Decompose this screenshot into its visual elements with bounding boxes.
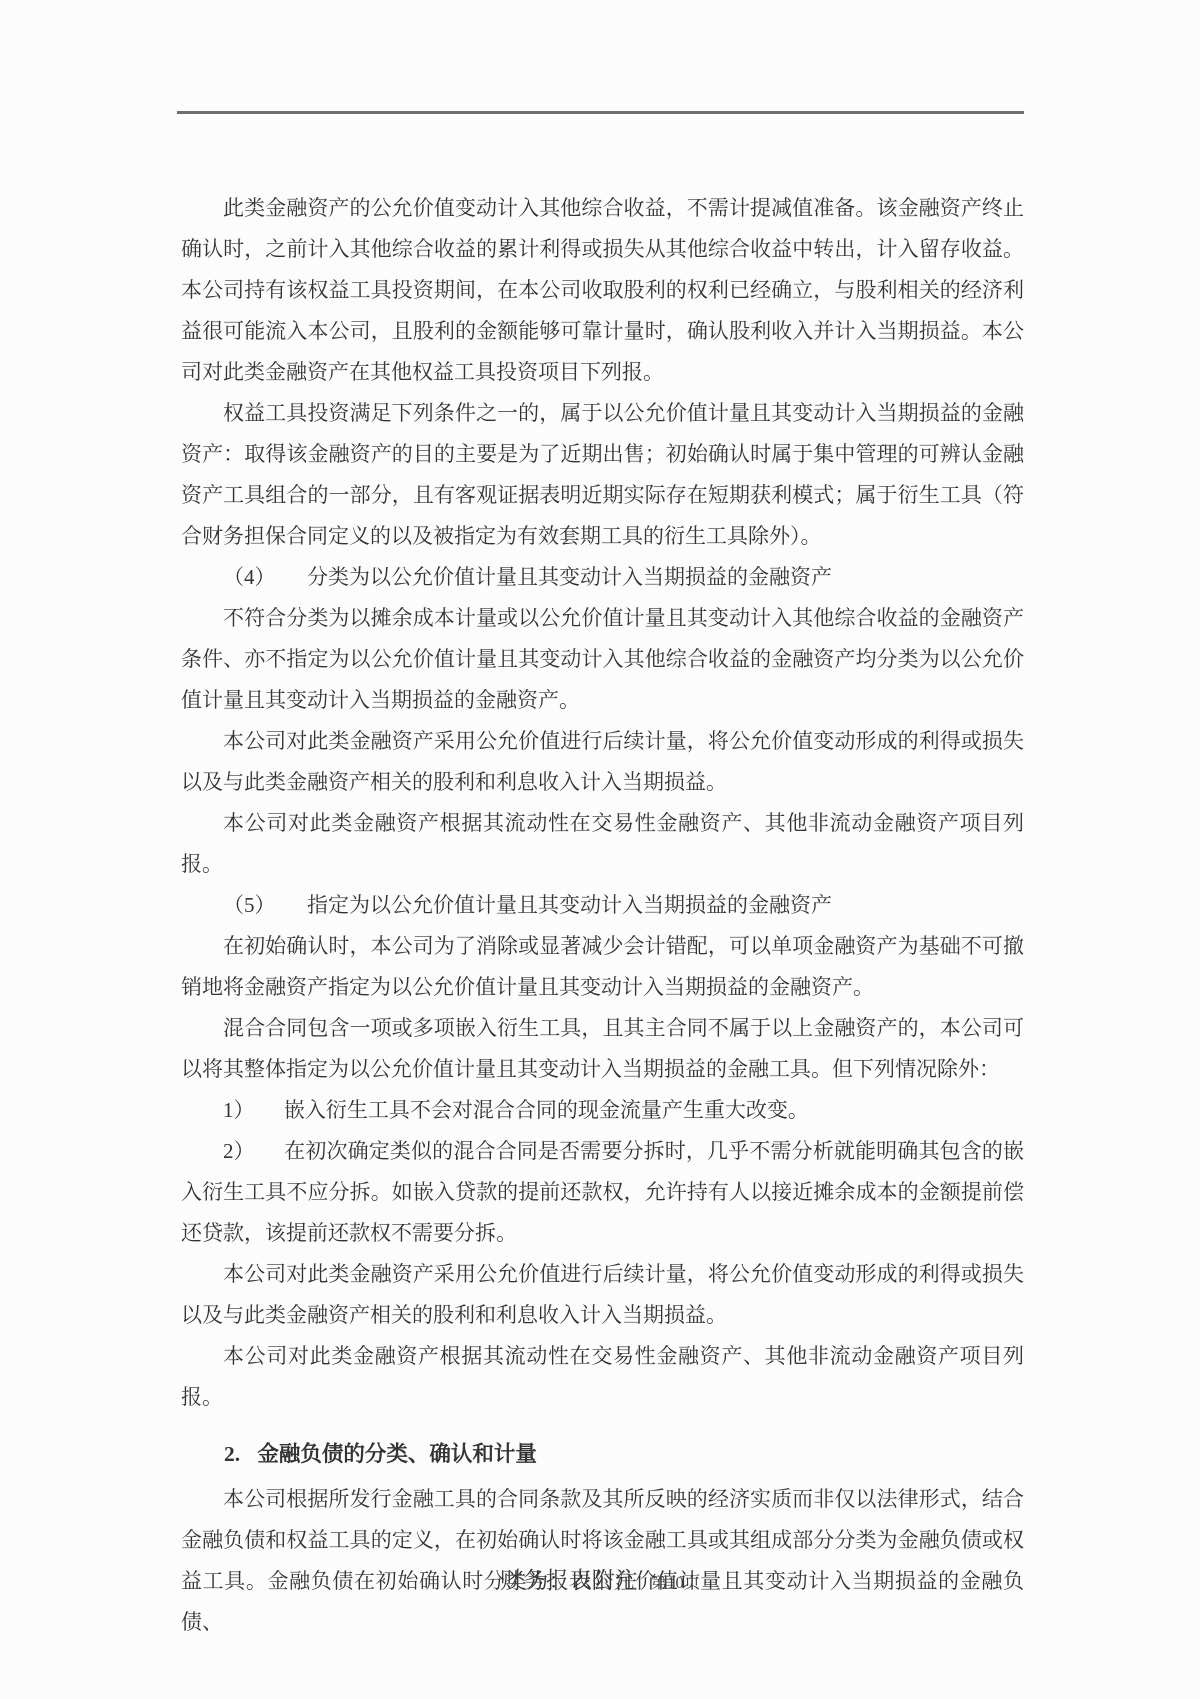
list-item: 1）嵌入衍生工具不会对混合合同的现金流量产生重大改变。	[181, 1090, 1024, 1131]
document-body: 此类金融资产的公允价值变动计入其他综合收益，不需计提减值准备。该金融资产终止确认…	[181, 188, 1024, 1643]
paragraph: 本公司对此类金融资产采用公允价值进行后续计量，将公允价值变动形成的利得或损失以及…	[181, 721, 1024, 803]
heading-number: （5）	[223, 893, 276, 917]
list-item-text: 在初次确定类似的混合合同是否需要分拆时，几乎不需分析就能明确其包含的嵌入衍生工具…	[181, 1139, 1024, 1245]
list-item: 2）在初次确定类似的混合合同是否需要分拆时，几乎不需分析就能明确其包含的嵌入衍生…	[181, 1131, 1024, 1254]
footer-title: 财务报表附注	[500, 1568, 638, 1593]
heading-number: （4）	[223, 565, 276, 589]
paragraph: 混合合同包含一项或多项嵌入衍生工具，且其主合同不属于以上金融资产的，本公司可以将…	[181, 1008, 1024, 1090]
paragraph: 本公司根据所发行金融工具的合同条款及其所反映的经济实质而非仅以法律形式，结合金融…	[181, 1479, 1024, 1643]
header-rule-divider	[177, 111, 1024, 114]
paragraph: 权益工具投资满足下列条件之一的，属于以公允价值计量且其变动计入当期损益的金融资产…	[181, 393, 1024, 557]
section-heading: 2.金融负债的分类、确认和计量	[181, 1434, 1024, 1475]
list-item-number: 1）	[223, 1098, 255, 1122]
paragraph: 在初始确认时，本公司为了消除或显著减少会计错配，可以单项金融资产为基础不可撤销地…	[181, 926, 1024, 1008]
section-heading-text: 金融负债的分类、确认和计量	[257, 1442, 537, 1466]
page-footer: 财务报表附注第10页	[0, 1562, 1200, 1595]
list-item-number: 2）	[223, 1139, 255, 1163]
section-number: 2.	[224, 1442, 240, 1466]
heading-text: 指定为以公允价值计量且其变动计入当期损益的金融资产	[307, 893, 832, 917]
document-page: 此类金融资产的公允价值变动计入其他综合收益，不需计提减值准备。该金融资产终止确认…	[0, 0, 1200, 1699]
numbered-heading: （4）分类为以公允价值计量且其变动计入当期损益的金融资产	[181, 557, 1024, 598]
footer-page-number: 第10页	[651, 1573, 701, 1592]
list-item-text: 嵌入衍生工具不会对混合合同的现金流量产生重大改变。	[284, 1098, 809, 1122]
paragraph: 本公司对此类金融资产根据其流动性在交易性金融资产、其他非流动金融资产项目列报。	[181, 803, 1024, 885]
paragraph: 本公司对此类金融资产采用公允价值进行后续计量，将公允价值变动形成的利得或损失以及…	[181, 1254, 1024, 1336]
paragraph: 此类金融资产的公允价值变动计入其他综合收益，不需计提减值准备。该金融资产终止确认…	[181, 188, 1024, 393]
numbered-heading: （5）指定为以公允价值计量且其变动计入当期损益的金融资产	[181, 885, 1024, 926]
heading-text: 分类为以公允价值计量且其变动计入当期损益的金融资产	[307, 565, 832, 589]
paragraph: 本公司对此类金融资产根据其流动性在交易性金融资产、其他非流动金融资产项目列报。	[181, 1336, 1024, 1418]
paragraph: 不符合分类为以摊余成本计量或以公允价值计量且其变动计入其他综合收益的金融资产条件…	[181, 598, 1024, 721]
